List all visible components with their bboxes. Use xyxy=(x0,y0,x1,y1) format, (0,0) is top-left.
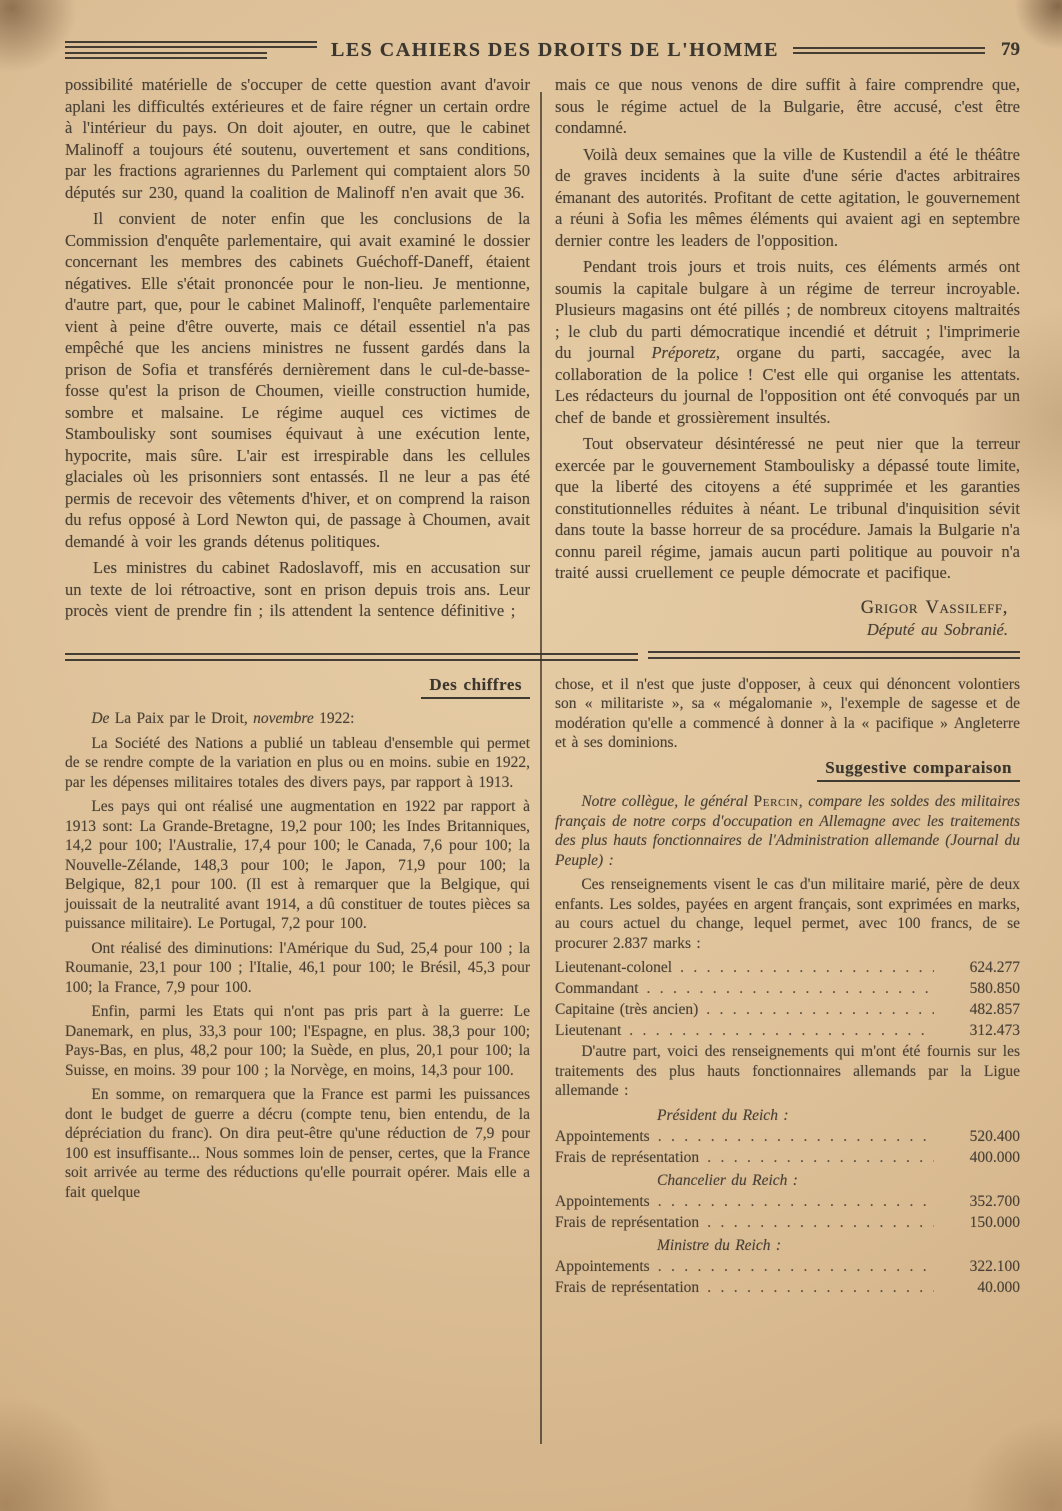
section-heading-des-chiffres: Des chiffres xyxy=(421,675,530,700)
double-rule xyxy=(65,52,267,59)
paragraph: Voilà deux semaines que la ville de Kust… xyxy=(555,144,1020,252)
dot-leader xyxy=(706,1000,934,1020)
paragraph: De La Paix par le Droit, novembre 1922: xyxy=(65,709,530,729)
ledger-row: Frais de représentation400.000 xyxy=(555,1148,1020,1168)
ledger-subheading: Chancelier du Reich : xyxy=(657,1171,1020,1191)
paragraph: Enfin, parmi les Etats qui n'ont pas pri… xyxy=(65,1002,530,1080)
ledger-label: Commandant xyxy=(555,979,639,999)
ledger-label: Appointements xyxy=(555,1257,650,1277)
ledger-value: 520.400 xyxy=(942,1127,1020,1147)
section-heading-suggestive-comparaison: Suggestive comparaison xyxy=(817,758,1020,783)
soldes-ledger: Lieutenant-colonel624.277Commandant580.8… xyxy=(555,958,1020,1041)
ledger-value: 352.700 xyxy=(942,1192,1020,1212)
dot-leader xyxy=(647,979,934,999)
paragraph: possibilité matérielle de s'occuper de c… xyxy=(65,74,530,203)
signature-name: Grigor Vassileff, xyxy=(555,598,1008,620)
article-right-column: mais ce que nous venons de dire suffit à… xyxy=(555,74,1020,641)
page-content: possibilité matérielle de s'occuper de c… xyxy=(65,74,1020,641)
double-rule xyxy=(65,653,638,661)
ledger-label: Frais de représentation xyxy=(555,1278,699,1298)
article-bulgaria: possibilité matérielle de s'occuper de c… xyxy=(65,74,1020,641)
paragraph: Il convient de noter enfin que les concl… xyxy=(65,208,530,552)
ledger-label: Lieutenant-colonel xyxy=(555,958,672,978)
ledger-value: 150.000 xyxy=(942,1213,1020,1233)
dot-leader xyxy=(707,1148,934,1168)
paragraph: Ont réalisé des diminutions: l'Amérique … xyxy=(65,939,530,998)
ledger-value: 624.277 xyxy=(942,958,1020,978)
paragraph: Les pays qui ont réalisé une augmentatio… xyxy=(65,797,530,934)
page-number: 79 xyxy=(1001,39,1020,61)
paragraph: Les ministres du cabinet Radoslavoff, mi… xyxy=(65,557,530,622)
ledger-row: Lieutenant312.473 xyxy=(555,1021,1020,1041)
dot-leader xyxy=(707,1213,934,1233)
ledger-row: Frais de représentation150.000 xyxy=(555,1213,1020,1233)
dot-leader xyxy=(680,958,934,978)
page-content-bottom: Des chiffres De La Paix par le Droit, no… xyxy=(65,675,1020,1300)
paragraph-list: possibilité matérielle de s'occuper de c… xyxy=(65,74,530,622)
dot-leader xyxy=(658,1257,934,1277)
paragraph: En somme, on remarquera que la France es… xyxy=(65,1085,530,1202)
paragraph: chose, et il n'est que juste d'opposer, … xyxy=(555,675,1020,753)
paragraph: Pendant trois jours et trois nuits, ces … xyxy=(555,256,1020,428)
ledger-label: Frais de représentation xyxy=(555,1148,699,1168)
ledger-label: Appointements xyxy=(555,1192,650,1212)
ledger-label: Frais de représentation xyxy=(555,1213,699,1233)
ledger-row: Capitaine (très ancien)482.857 xyxy=(555,1000,1020,1020)
header-rule-right xyxy=(793,47,985,54)
paragraph: Tout observateur désintéressé ne peut ni… xyxy=(555,433,1020,584)
signature-title: Député au Sobranié. xyxy=(555,619,1008,641)
ledger-value: 482.857 xyxy=(942,1000,1020,1020)
double-rule xyxy=(65,41,317,48)
traitements-ledger: Président du Reich :Appointements520.400… xyxy=(555,1106,1020,1298)
chiffres-left-column: Des chiffres De La Paix par le Droit, no… xyxy=(65,675,530,1300)
ledger-value: 400.000 xyxy=(942,1148,1020,1168)
journal-title: LES CAHIERS DES DROITS DE L'HOMME xyxy=(331,39,779,62)
ledger-value: 322.100 xyxy=(942,1257,1020,1277)
page-header: LES CAHIERS DES DROITS DE L'HOMME 79 xyxy=(65,30,1020,70)
double-rule xyxy=(648,651,1020,659)
ledger-value: 580.850 xyxy=(942,979,1020,999)
paragraph-list: De La Paix par le Droit, novembre 1922:L… xyxy=(65,709,530,1202)
ledger-row: Appointements352.700 xyxy=(555,1192,1020,1212)
paragraph: D'autre part, voici des renseignements q… xyxy=(555,1042,1020,1101)
journal-page-scan: LES CAHIERS DES DROITS DE L'HOMME 79 pos… xyxy=(0,0,1062,1511)
paragraph-intro-italic: Notre collègue, le général Percin, compa… xyxy=(555,792,1020,870)
signature-block: Grigor Vassileff, Député au Sobranié. xyxy=(555,598,1020,641)
section-heading-wrap: Des chiffres xyxy=(65,675,530,700)
dot-leader xyxy=(707,1278,934,1298)
dot-leader xyxy=(658,1192,934,1212)
dot-leader xyxy=(658,1127,934,1147)
ledger-value: 40.000 xyxy=(942,1278,1020,1298)
double-rule xyxy=(793,47,985,54)
ledger-label: Lieutenant xyxy=(555,1021,621,1041)
paragraph: La Société des Nations a publié un table… xyxy=(65,734,530,793)
ledger-row: Lieutenant-colonel624.277 xyxy=(555,958,1020,978)
section-divider-rule xyxy=(65,653,1020,661)
header-rule-left xyxy=(65,41,317,59)
column-divider-rule xyxy=(540,92,542,1444)
section-heading-wrap: Suggestive comparaison xyxy=(555,758,1020,783)
ledger-subheading: Président du Reich : xyxy=(657,1106,1020,1126)
comparaison-right-column: chose, et il n'est que juste d'opposer, … xyxy=(555,675,1020,1300)
dot-leader xyxy=(629,1021,934,1041)
ledger-label: Capitaine (très ancien) xyxy=(555,1000,698,1020)
article-left-column: possibilité matérielle de s'occuper de c… xyxy=(65,74,530,641)
ledger-subheading: Ministre du Reich : xyxy=(657,1236,1020,1256)
ledger-row: Commandant580.850 xyxy=(555,979,1020,999)
ledger-row: Frais de représentation40.000 xyxy=(555,1278,1020,1298)
paragraph: Ces renseignements visent le cas d'un mi… xyxy=(555,875,1020,953)
ledger-row: Appointements322.100 xyxy=(555,1257,1020,1277)
chiffres-section: Des chiffres De La Paix par le Droit, no… xyxy=(65,675,1020,1300)
ledger-label: Appointements xyxy=(555,1127,650,1147)
paragraph-list: mais ce que nous venons de dire suffit à… xyxy=(555,74,1020,584)
ledger-value: 312.473 xyxy=(942,1021,1020,1041)
ledger-row: Appointements520.400 xyxy=(555,1127,1020,1147)
paragraph: mais ce que nous venons de dire suffit à… xyxy=(555,74,1020,139)
